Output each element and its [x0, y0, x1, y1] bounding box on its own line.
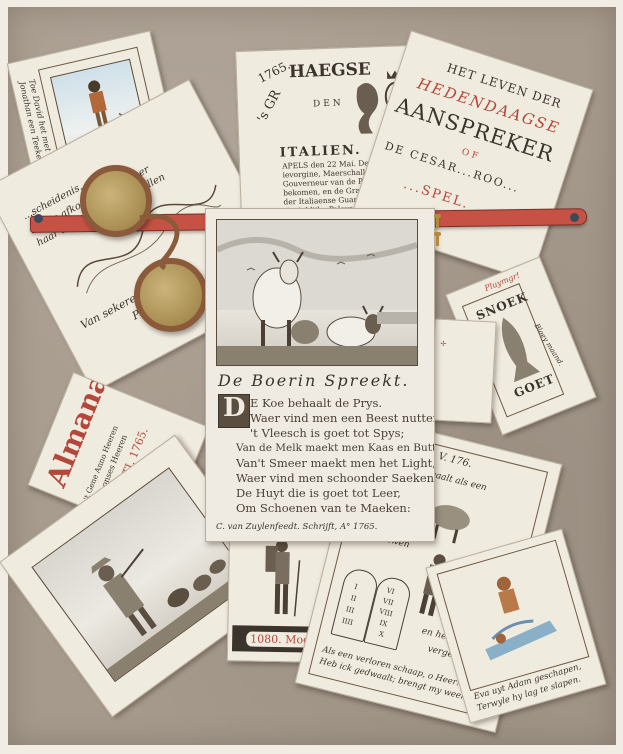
newspaper-section: ITALIEN.: [279, 143, 361, 161]
strap-nail-left: [34, 214, 43, 223]
poem-line: Van't Smeer maekt men het Light,: [236, 455, 435, 471]
newspaper-drop: 's GR: [255, 88, 284, 126]
cows-engraving: [216, 219, 418, 366]
poem-heading: De Boerin Spreekt.: [218, 371, 409, 390]
initial-d: D: [223, 393, 246, 423]
pilgrim-figure-icon: [246, 533, 312, 624]
cows-landscape-icon: [217, 220, 417, 365]
title-line-4: OF: [460, 147, 482, 163]
newspaper-den: DEN: [313, 98, 344, 109]
poem-line: 't Vleesch is goet tot Spys;: [250, 425, 404, 441]
strap-nail-right: [570, 213, 579, 222]
small-text-card: ✢: [429, 318, 496, 423]
poem-line: Om Schoenen van te Maeken:: [236, 500, 411, 516]
newspaper-date: 1765.: [256, 58, 293, 86]
poem-line: E Koe behaalt de Prys.: [250, 395, 382, 411]
boerin-spreekt-print: De Boerin Spreekt. D E Koe behaalt de Pr…: [205, 208, 435, 542]
poem-signature: C. van Zuylenfeedt. Schrijft, A° 1765.: [216, 522, 377, 532]
poem-line: Waer vind men schoonder Saeken.: [236, 470, 435, 486]
tablet-right-4: IX: [379, 619, 388, 629]
card-red-text: ✢: [440, 340, 446, 348]
tablet-right-1: VI: [386, 587, 396, 597]
poem-line: De Huyt die is goet tot Leer,: [236, 485, 401, 501]
seal-ribbon-icon: [135, 212, 195, 272]
pin-icon: [436, 216, 439, 228]
pin-icon: [436, 234, 439, 246]
poem-line: Waer vind men een Beest nutter,: [250, 410, 435, 426]
poem-line: Van de Melk maekt men Kaas en Butter;: [236, 440, 435, 456]
